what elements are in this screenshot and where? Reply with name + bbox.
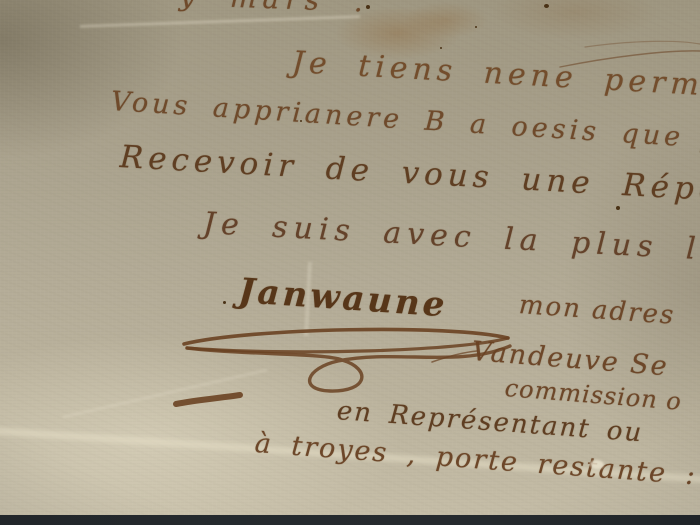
ink-speck bbox=[544, 4, 549, 8]
handwriting-line-clipped-top: y mars . bbox=[179, 0, 370, 19]
handwriting-line-4: Je suis avec la plus leue bbox=[202, 206, 700, 271]
paper-crease bbox=[62, 368, 267, 418]
ink-speck bbox=[475, 26, 477, 28]
address-line-2: Vandeuve Se bbox=[471, 336, 670, 382]
ink-speck bbox=[616, 206, 620, 210]
photo-of-handwritten-letter: y mars . Je tiens nene perme Vous appria… bbox=[0, 0, 700, 525]
ink-speck bbox=[300, 120, 302, 122]
ink-speck bbox=[223, 301, 226, 304]
letter-paper: y mars . Je tiens nene perme Vous appria… bbox=[0, 0, 700, 515]
paper-crease bbox=[80, 15, 360, 28]
handwriting-line-3: Recevoir de vous une Répon bbox=[119, 139, 700, 210]
ink-speck bbox=[440, 47, 442, 49]
address-line-1: mon adres bbox=[518, 290, 676, 331]
signature: Janwaune bbox=[237, 271, 448, 325]
handwriting-line-1: Je tiens nene perme bbox=[291, 45, 700, 104]
ink-speck bbox=[366, 5, 370, 9]
